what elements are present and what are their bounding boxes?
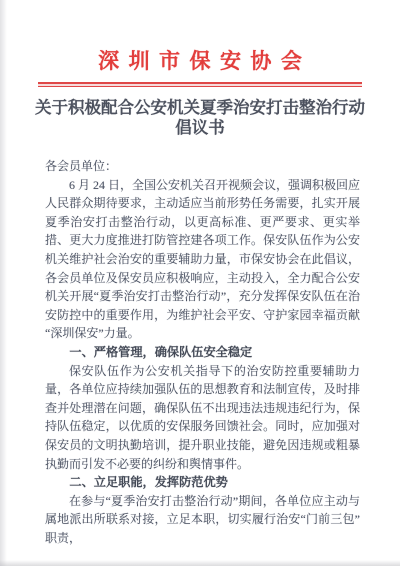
page-scan-edge-left [0,0,7,566]
body-paragraph: 在参与“夏季治安打击整治行动”期间，各单位应主动与属地派出所联系对接，立足本职，… [45,492,360,548]
org-name: 深圳市保安协会 [0,0,400,75]
page-scan-edge-bottom [0,560,400,566]
salutation: 各会员单位： [45,157,360,176]
title-line-1: 关于积极配合公安机关夏季治安打击整治行动 [35,98,365,117]
red-double-rule [38,82,362,87]
title-line-2: 倡议书 [175,118,225,137]
scanned-document-page: 深圳市保安协会 关于积极配合公安机关夏季治安打击整治行动 倡议书 各会员单位： … [0,0,400,566]
section-heading: 一、严格管理，确保队伍安全稳定 [45,343,360,362]
body-paragraph: 6 月 24 日，全国公安机关召开视频会议，强调积极回应人民群众期待要求，主动适… [45,176,360,343]
document-body: 各会员单位： 6 月 24 日，全国公安机关召开视频会议，强调积极回应人民群众期… [45,157,360,547]
body-paragraph: 保安队伍作为公安机关指导下的治安防控重要辅助力量，各单位应持续加强队伍的思想教育… [45,362,360,474]
document-title: 关于积极配合公安机关夏季治安打击整治行动 倡议书 [30,98,370,138]
section-heading: 二、立足职能，发挥防范优势 [45,473,360,492]
